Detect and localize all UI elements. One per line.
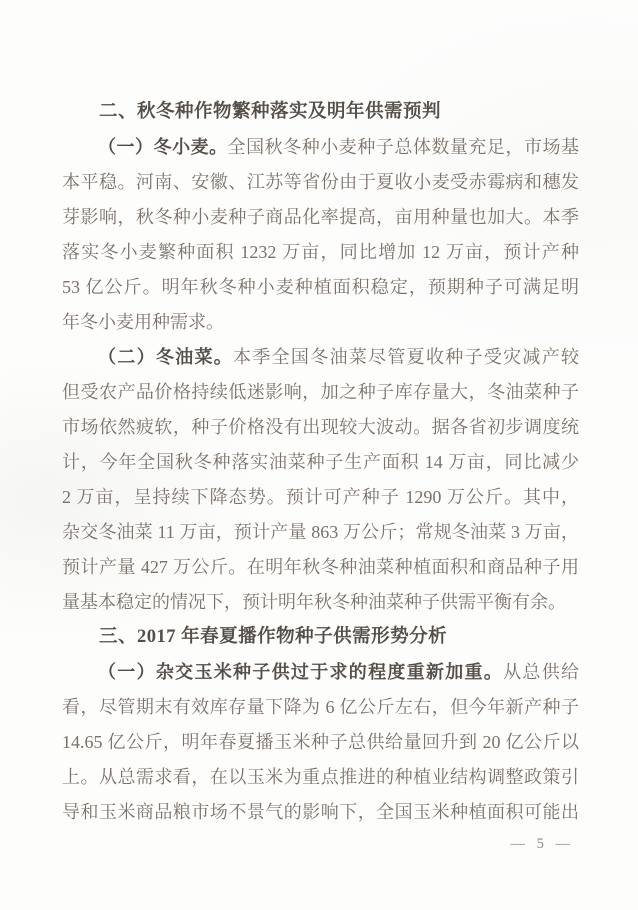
text-line: （二）冬油菜。本季全国冬油菜尽管夏收种子受灾减产较大， [62,340,579,375]
bold-lead: （一）冬小麦。 [98,137,228,157]
text-line: 本平稳。河南、安徽、江苏等省份由于夏收小麦受赤霉病和穗发 [62,165,579,200]
text-line: 2 万亩，呈持续下降态势。预计可产种子 1290 万公斤。其中， [62,480,579,515]
text-line: （一）冬小麦。全国秋冬种小麦种子总体数量充足，市场基 [62,130,579,165]
text-line: 看，尽管期末有效库存量下降为 6 亿公斤左右，但今年新产种子 [62,690,579,725]
document-page: 二、秋冬种作物繁种落实及明年供需预判（一）冬小麦。全国秋冬种小麦种子总体数量充足… [0,0,638,910]
text-line: 计，今年全国秋冬种落实油菜种子生产面积 14 万亩，同比减少 [62,445,579,480]
text-line: 芽影响，秋冬种小麦种子商品化率提高，亩用种量也加大。本季 [62,200,579,235]
text-line: 预计产量 427 万公斤。在明年秋冬种油菜种植面积和商品种子用 [62,550,579,585]
text-line: （一）杂交玉米种子供过于求的程度重新加重。从总供给 [62,655,579,690]
text-line: 量基本稳定的情况下，预计明年秋冬种油菜种子供需平衡有余。 [62,585,579,620]
text-line: 但受农产品价格持续低迷影响，加之种子库存量大，冬油菜种子 [62,375,579,410]
page-number: — 5 — [511,836,575,853]
text-line: 年冬小麦用种需求。 [62,305,579,340]
text-line: 杂交冬油菜 11 万亩，预计产量 863 万公斤；常规冬油菜 3 万亩， [62,515,579,550]
text-block: 二、秋冬种作物繁种落实及明年供需预判（一）冬小麦。全国秋冬种小麦种子总体数量充足… [62,95,579,830]
text-line: 14.65 亿公斤，明年春夏播玉米种子总供给量回升到 20 亿公斤以 [62,725,579,760]
text-line: 落实冬小麦繁种面积 1232 万亩，同比增加 12 万亩，预计产种 [62,235,579,270]
text-line: 导和玉米商品粮市场不景气的影响下，全国玉米种植面积可能出 [62,795,579,830]
section-heading: 三、2017 年春夏播作物种子供需形势分析 [62,620,579,655]
text-line: 上。从总需求看，在以玉米为重点推进的种植业结构调整政策引 [62,760,579,795]
section-heading: 二、秋冬种作物繁种落实及明年供需预判 [62,95,579,130]
text-line: 53 亿公斤。明年秋冬种小麦种植面积稳定，预期种子可满足明 [62,270,579,305]
bold-lead: （二）冬油菜。 [98,347,233,367]
text-line: 市场依然疲软，种子价格没有出现较大波动。据各省初步调度统 [62,410,579,445]
bold-lead: （一）杂交玉米种子供过于求的程度重新加重。 [98,662,503,682]
